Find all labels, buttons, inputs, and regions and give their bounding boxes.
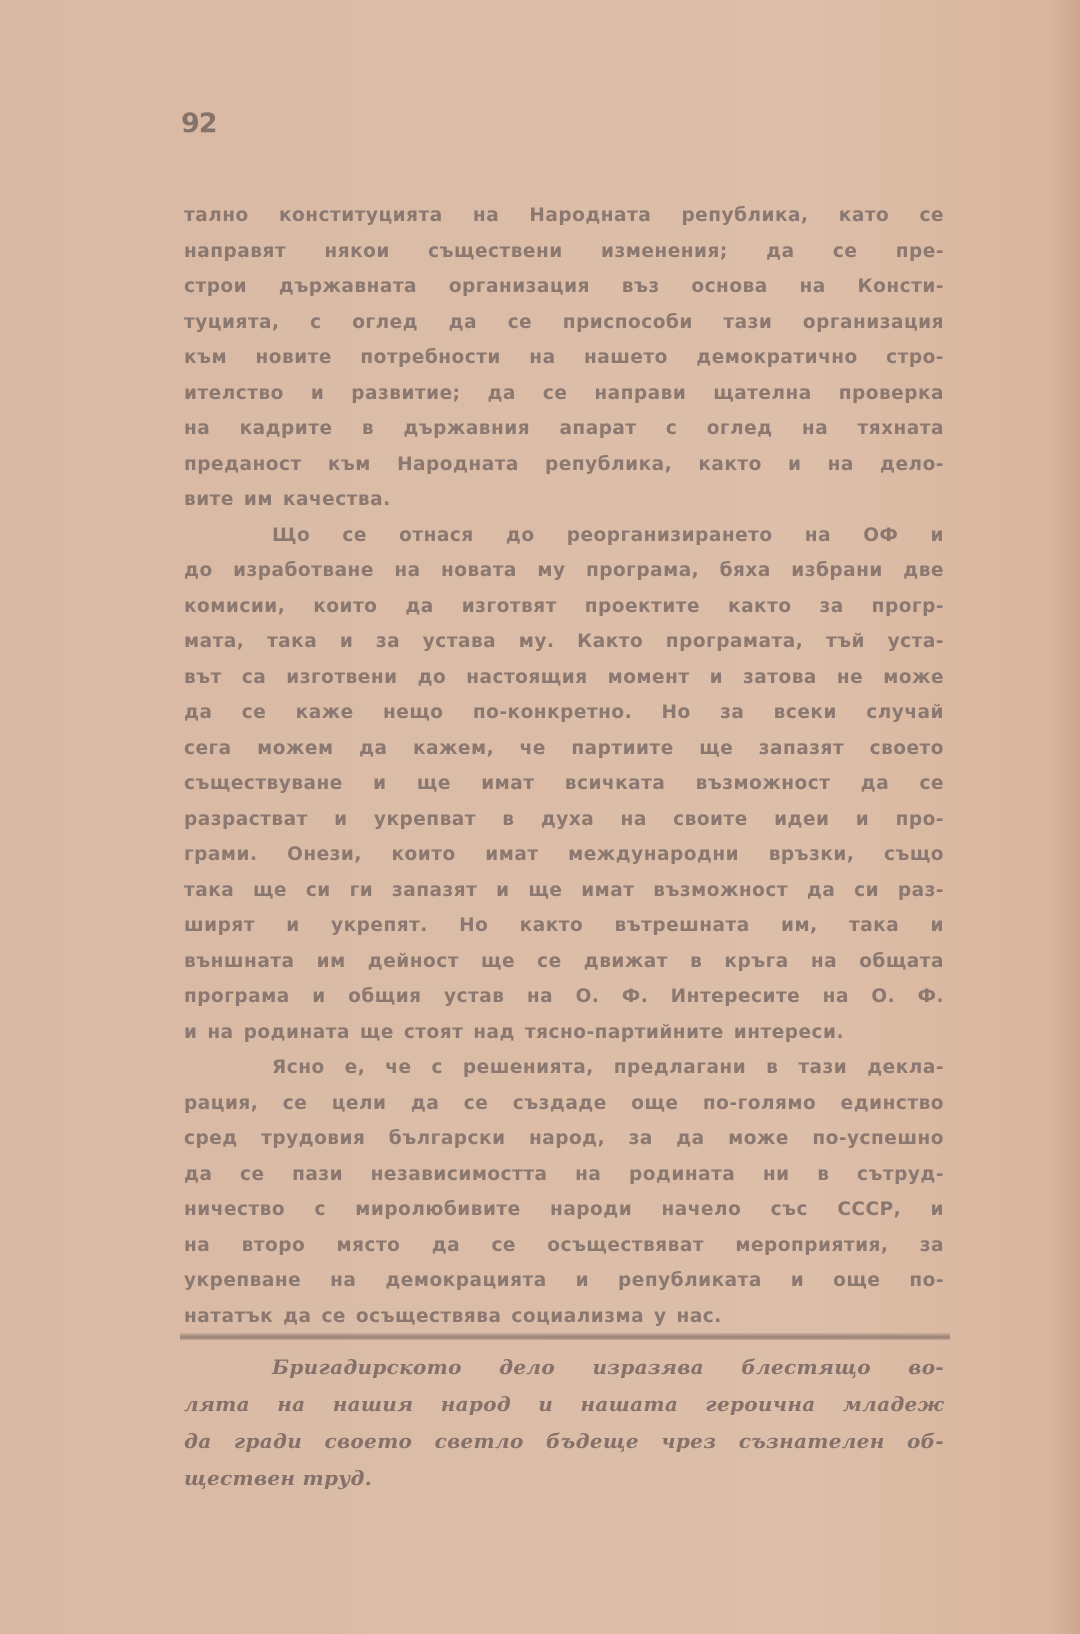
text-line: сега можем да кажем, че партиите ще запа… <box>184 731 944 767</box>
text-line: сред трудовия български народ, за да мож… <box>184 1121 944 1157</box>
text-line: вите им качества. <box>184 482 944 518</box>
text-line: укрепване на демокрацията и републиката … <box>184 1263 944 1299</box>
quote-line: лята на нашия народ и нашата героична мл… <box>184 1386 944 1423</box>
text-line: грами. Онези, които имат международни вр… <box>184 837 944 873</box>
page-edge-shadow <box>1050 0 1080 1634</box>
text-line: програма и общия устав на О. Ф. Интереси… <box>184 979 944 1015</box>
text-line: вът са изготвени до настоящия момент и з… <box>184 660 944 696</box>
quote-line: да гради своето светло бъдеще чрез съзна… <box>184 1423 944 1460</box>
text-line: ничество с миролюбивите народи начело съ… <box>184 1192 944 1228</box>
text-line: и на родината ще стоят над тясно-партийн… <box>184 1015 944 1051</box>
text-line: туцията, с оглед да се приспособи тази о… <box>184 305 944 341</box>
text-line: тално конституцията на Народната републи… <box>184 198 944 234</box>
text-line: до изработване на новата му програма, бя… <box>184 553 944 589</box>
text-line: съществуване и ще имат всичката възможно… <box>184 766 944 802</box>
text-line: строи държавната организация въз основа … <box>184 269 944 305</box>
section-divider <box>180 1333 950 1340</box>
text-line: външната им дейност ще се движат в кръга… <box>184 944 944 980</box>
text-line: преданост към Народната република, както… <box>184 447 944 483</box>
paragraph-start-line: Що се отнася до реорганизирането на ОФ и <box>184 518 944 554</box>
text-line: на второ място да се осъществяват меропр… <box>184 1228 944 1264</box>
text-line: разрастват и укрепват в духа на своите и… <box>184 802 944 838</box>
body-text: тално конституцията на Народната републи… <box>184 198 944 1334</box>
quote-line: Бригадирското дело изразява блестящо во- <box>184 1349 944 1386</box>
text-line: мата, така и за устава му. Както програм… <box>184 624 944 660</box>
text-line: комисии, които да изготвят проектите как… <box>184 589 944 625</box>
text-line: така ще си ги запазят и ще имат възможно… <box>184 873 944 909</box>
text-line: на кадрите в държавния апарат с оглед на… <box>184 411 944 447</box>
text-line: ширят и укрепят. Но както вътрешната им,… <box>184 908 944 944</box>
quote-line: ществен труд. <box>184 1460 944 1497</box>
paragraph-start-line: Ясно е, че с решенията, предлагани в таз… <box>184 1050 944 1086</box>
page-number: 92 <box>181 108 217 139</box>
text-line: рация, се цели да се създаде още по-голя… <box>184 1086 944 1122</box>
text-line: нататък да се осъществява социализма у н… <box>184 1299 944 1335</box>
text-line: да се каже нещо по-конкретно. Но за всек… <box>184 695 944 731</box>
text-line: към новите потребности на нашето демокра… <box>184 340 944 376</box>
text-line: ителство и развитие; да се направи щател… <box>184 376 944 412</box>
text-line: да се пази независимостта на родината ни… <box>184 1157 944 1193</box>
text-line: направят някои съществени изменения; да … <box>184 234 944 270</box>
slogan-quote: Бригадирското дело изразява блестящо во-… <box>184 1349 944 1497</box>
